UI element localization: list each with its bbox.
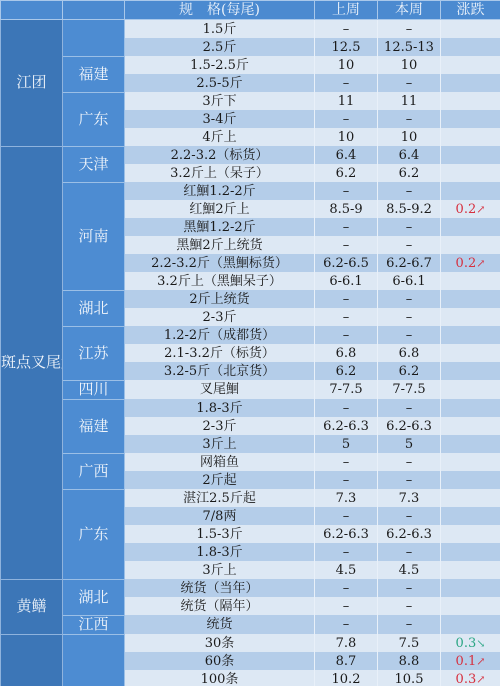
table-row: 四川叉尾鮰7-7.57-7.5 bbox=[1, 380, 500, 399]
spec-cell: 100条 bbox=[125, 670, 315, 686]
this-week-cell: 8.5-9.2 bbox=[378, 200, 441, 218]
table-row: 广西网箱鱼–– bbox=[1, 453, 500, 471]
this-week-cell: – bbox=[378, 308, 441, 326]
this-week-cell: – bbox=[378, 236, 441, 254]
change-cell bbox=[441, 417, 500, 435]
this-week-cell: 8.8 bbox=[378, 652, 441, 670]
change-cell: 0.1↗ bbox=[441, 652, 500, 670]
change-cell bbox=[441, 435, 500, 453]
change-cell bbox=[441, 579, 500, 597]
category-cell bbox=[1, 634, 63, 686]
spec-cell: 3斤上 bbox=[125, 435, 315, 453]
last-week-cell: – bbox=[315, 507, 378, 525]
last-week-cell: 11 bbox=[315, 92, 378, 110]
spec-cell: 湛江2.5斤起 bbox=[125, 489, 315, 507]
spec-cell: 2.2-3.2（标货） bbox=[125, 146, 315, 164]
trend-up-icon: ↗ bbox=[476, 257, 485, 270]
change-cell bbox=[441, 290, 500, 308]
last-week-cell: – bbox=[315, 543, 378, 561]
last-week-cell: – bbox=[315, 579, 378, 597]
change-cell bbox=[441, 218, 500, 236]
spec-cell: 1.2-2斤（成都货） bbox=[125, 326, 315, 344]
header-this-week: 本周 bbox=[378, 1, 441, 20]
last-week-cell: – bbox=[315, 471, 378, 489]
spec-cell: 统货（隔年） bbox=[125, 597, 315, 615]
spec-cell: 1.8-3斤 bbox=[125, 543, 315, 561]
header-row: 规 格(每尾) 上周 本周 涨跌 bbox=[1, 1, 500, 20]
this-week-cell: – bbox=[378, 182, 441, 200]
change-cell bbox=[441, 128, 500, 146]
change-cell bbox=[441, 146, 500, 164]
last-week-cell: 8.7 bbox=[315, 652, 378, 670]
table-row: 福建1.5-2.5斤1010 bbox=[1, 56, 500, 74]
last-week-cell: – bbox=[315, 290, 378, 308]
this-week-cell: 6-6.1 bbox=[378, 272, 441, 290]
change-cell bbox=[441, 182, 500, 200]
this-week-cell: – bbox=[378, 453, 441, 471]
last-week-cell: 12.5 bbox=[315, 38, 378, 56]
change-cell bbox=[441, 308, 500, 326]
table-row: 斑点叉尾鮰天津2.2-3.2（标货）6.46.4 bbox=[1, 146, 500, 164]
change-value: 0.3 bbox=[456, 672, 477, 686]
change-cell bbox=[441, 597, 500, 615]
this-week-cell: 6.4 bbox=[378, 146, 441, 164]
spec-cell: 2斤起 bbox=[125, 471, 315, 489]
spec-cell: 4斤上 bbox=[125, 128, 315, 146]
change-value: 0.2 bbox=[456, 202, 477, 217]
province-cell: 福建 bbox=[63, 56, 125, 92]
province-cell: 湖北 bbox=[63, 579, 125, 615]
last-week-cell: – bbox=[315, 615, 378, 634]
last-week-cell: – bbox=[315, 597, 378, 615]
change-cell bbox=[441, 236, 500, 254]
this-week-cell: – bbox=[378, 615, 441, 634]
change-cell bbox=[441, 20, 500, 39]
last-week-cell: 6.2-6.3 bbox=[315, 525, 378, 543]
this-week-cell: 11 bbox=[378, 92, 441, 110]
header-spec: 规 格(每尾) bbox=[125, 1, 315, 20]
spec-cell: 2.5-5斤 bbox=[125, 74, 315, 92]
last-week-cell: 6.2-6.3 bbox=[315, 417, 378, 435]
spec-cell: 3-4斤 bbox=[125, 110, 315, 128]
header-province bbox=[63, 1, 125, 20]
last-week-cell: 6.2 bbox=[315, 362, 378, 380]
change-cell bbox=[441, 615, 500, 634]
table-body: 江团1.5斤––2.5斤12.512.5-13福建1.5-2.5斤10102.5… bbox=[1, 20, 500, 686]
change-cell bbox=[441, 543, 500, 561]
last-week-cell: 6.2 bbox=[315, 164, 378, 182]
category-cell: 斑点叉尾鮰 bbox=[1, 146, 63, 579]
province-cell bbox=[63, 20, 125, 57]
spec-cell: 3.2斤上（呆子） bbox=[125, 164, 315, 182]
this-week-cell: 7.5 bbox=[378, 634, 441, 652]
province-cell: 江苏 bbox=[63, 326, 125, 380]
change-cell bbox=[441, 56, 500, 74]
this-week-cell: 6.2 bbox=[378, 164, 441, 182]
change-cell: 0.3↘ bbox=[441, 634, 500, 652]
last-week-cell: – bbox=[315, 236, 378, 254]
last-week-cell: 10 bbox=[315, 56, 378, 74]
spec-cell: 2斤上统货 bbox=[125, 290, 315, 308]
change-cell bbox=[441, 380, 500, 399]
spec-cell: 黑鮰2斤上统货 bbox=[125, 236, 315, 254]
category-cell: 黄鳝 bbox=[1, 579, 63, 634]
last-week-cell: – bbox=[315, 326, 378, 344]
province-cell: 广东 bbox=[63, 92, 125, 146]
this-week-cell: 5 bbox=[378, 435, 441, 453]
table-row: 江苏1.2-2斤（成都货）–– bbox=[1, 326, 500, 344]
last-week-cell: 10 bbox=[315, 128, 378, 146]
spec-cell: 1.5-3斤 bbox=[125, 525, 315, 543]
spec-cell: 红鮰2斤上 bbox=[125, 200, 315, 218]
last-week-cell: – bbox=[315, 218, 378, 236]
change-cell bbox=[441, 489, 500, 507]
change-cell bbox=[441, 525, 500, 543]
category-cell: 江团 bbox=[1, 20, 63, 147]
price-table: 规 格(每尾) 上周 本周 涨跌 江团1.5斤––2.5斤12.512.5-13… bbox=[0, 0, 500, 686]
this-week-cell: 7-7.5 bbox=[378, 380, 441, 399]
province-cell: 四川 bbox=[63, 380, 125, 399]
change-cell: 0.2↗ bbox=[441, 200, 500, 218]
change-cell bbox=[441, 507, 500, 525]
last-week-cell: – bbox=[315, 182, 378, 200]
header-category bbox=[1, 1, 63, 20]
last-week-cell: – bbox=[315, 308, 378, 326]
this-week-cell: – bbox=[378, 20, 441, 39]
this-week-cell: 4.5 bbox=[378, 561, 441, 579]
this-week-cell: 12.5-13 bbox=[378, 38, 441, 56]
province-cell: 广西 bbox=[63, 453, 125, 489]
change-cell: 0.2↗ bbox=[441, 254, 500, 272]
this-week-cell: – bbox=[378, 110, 441, 128]
spec-cell: 30条 bbox=[125, 634, 315, 652]
this-week-cell: 6.8 bbox=[378, 344, 441, 362]
change-value: 0.2 bbox=[456, 256, 477, 271]
table-row: 江西统货–– bbox=[1, 615, 500, 634]
spec-cell: 1.5斤 bbox=[125, 20, 315, 39]
change-value: 0.1 bbox=[456, 654, 477, 669]
spec-cell: 统货（当年） bbox=[125, 579, 315, 597]
last-week-cell: 4.5 bbox=[315, 561, 378, 579]
this-week-cell: – bbox=[378, 290, 441, 308]
last-week-cell: 10.2 bbox=[315, 670, 378, 686]
change-cell bbox=[441, 110, 500, 128]
this-week-cell: – bbox=[378, 471, 441, 489]
last-week-cell: 6.4 bbox=[315, 146, 378, 164]
last-week-cell: 8.5-9 bbox=[315, 200, 378, 218]
this-week-cell: 10.5 bbox=[378, 670, 441, 686]
change-value: 0.3 bbox=[456, 636, 477, 651]
change-cell bbox=[441, 362, 500, 380]
spec-cell: 60条 bbox=[125, 652, 315, 670]
spec-cell: 1.5-2.5斤 bbox=[125, 56, 315, 74]
spec-cell: 2.5斤 bbox=[125, 38, 315, 56]
change-cell bbox=[441, 453, 500, 471]
spec-cell: 网箱鱼 bbox=[125, 453, 315, 471]
this-week-cell: 6.2 bbox=[378, 362, 441, 380]
change-cell bbox=[441, 561, 500, 579]
change-cell bbox=[441, 326, 500, 344]
trend-up-icon: ↗ bbox=[476, 673, 485, 686]
spec-cell: 2.2-3.2斤（黑鮰标货） bbox=[125, 254, 315, 272]
trend-down-icon: ↘ bbox=[476, 637, 485, 650]
this-week-cell: 10 bbox=[378, 128, 441, 146]
last-week-cell: 6.8 bbox=[315, 344, 378, 362]
spec-cell: 1.8-3斤 bbox=[125, 399, 315, 417]
spec-cell: 2-3斤 bbox=[125, 417, 315, 435]
province-cell: 广东 bbox=[63, 489, 125, 579]
change-cell bbox=[441, 38, 500, 56]
spec-cell: 7/8两 bbox=[125, 507, 315, 525]
this-week-cell: – bbox=[378, 507, 441, 525]
change-cell bbox=[441, 164, 500, 182]
this-week-cell: 10 bbox=[378, 56, 441, 74]
change-cell bbox=[441, 344, 500, 362]
this-week-cell: – bbox=[378, 74, 441, 92]
last-week-cell: – bbox=[315, 20, 378, 39]
last-week-cell: – bbox=[315, 74, 378, 92]
spec-cell: 红鮰1.2-2斤 bbox=[125, 182, 315, 200]
this-week-cell: 6.2-6.3 bbox=[378, 525, 441, 543]
last-week-cell: – bbox=[315, 399, 378, 417]
this-week-cell: 6.2-6.3 bbox=[378, 417, 441, 435]
this-week-cell: – bbox=[378, 326, 441, 344]
table-row: 河南红鮰1.2-2斤–– bbox=[1, 182, 500, 200]
trend-up-icon: ↗ bbox=[476, 203, 485, 216]
spec-cell: 黑鮰1.2-2斤 bbox=[125, 218, 315, 236]
last-week-cell: 7.8 bbox=[315, 634, 378, 652]
table-row: 30条7.87.50.3↘ bbox=[1, 634, 500, 652]
spec-cell: 3.2斤上（黑鮰呆子） bbox=[125, 272, 315, 290]
table-row: 广东湛江2.5斤起7.37.3 bbox=[1, 489, 500, 507]
province-cell bbox=[63, 634, 125, 686]
spec-cell: 2-3斤 bbox=[125, 308, 315, 326]
last-week-cell: 7-7.5 bbox=[315, 380, 378, 399]
spec-cell: 3斤上 bbox=[125, 561, 315, 579]
province-cell: 江西 bbox=[63, 615, 125, 634]
change-cell: 0.3↗ bbox=[441, 670, 500, 686]
change-cell bbox=[441, 92, 500, 110]
table-row: 福建1.8-3斤–– bbox=[1, 399, 500, 417]
header-change: 涨跌 bbox=[441, 1, 500, 20]
table-row: 湖北2斤上统货–– bbox=[1, 290, 500, 308]
table-row: 江团1.5斤–– bbox=[1, 20, 500, 39]
this-week-cell: – bbox=[378, 543, 441, 561]
this-week-cell: – bbox=[378, 579, 441, 597]
spec-cell: 3斤下 bbox=[125, 92, 315, 110]
change-cell bbox=[441, 74, 500, 92]
last-week-cell: 6.2-6.5 bbox=[315, 254, 378, 272]
last-week-cell: 7.3 bbox=[315, 489, 378, 507]
change-cell bbox=[441, 399, 500, 417]
this-week-cell: 6.2-6.7 bbox=[378, 254, 441, 272]
province-cell: 天津 bbox=[63, 146, 125, 182]
province-cell: 湖北 bbox=[63, 290, 125, 326]
this-week-cell: – bbox=[378, 597, 441, 615]
province-cell: 河南 bbox=[63, 182, 125, 290]
header-last-week: 上周 bbox=[315, 1, 378, 20]
this-week-cell: – bbox=[378, 399, 441, 417]
change-cell bbox=[441, 471, 500, 489]
last-week-cell: – bbox=[315, 110, 378, 128]
last-week-cell: 6-6.1 bbox=[315, 272, 378, 290]
spec-cell: 3.2-5斤（北京货） bbox=[125, 362, 315, 380]
change-cell bbox=[441, 272, 500, 290]
spec-cell: 2.1-3.2斤（标货） bbox=[125, 344, 315, 362]
spec-cell: 叉尾鮰 bbox=[125, 380, 315, 399]
table-row: 广东3斤下1111 bbox=[1, 92, 500, 110]
table-row: 黄鳝湖北统货（当年）–– bbox=[1, 579, 500, 597]
this-week-cell: – bbox=[378, 218, 441, 236]
this-week-cell: 7.3 bbox=[378, 489, 441, 507]
trend-up-icon: ↗ bbox=[476, 655, 485, 668]
province-cell: 福建 bbox=[63, 399, 125, 453]
last-week-cell: 5 bbox=[315, 435, 378, 453]
last-week-cell: – bbox=[315, 453, 378, 471]
spec-cell: 统货 bbox=[125, 615, 315, 634]
